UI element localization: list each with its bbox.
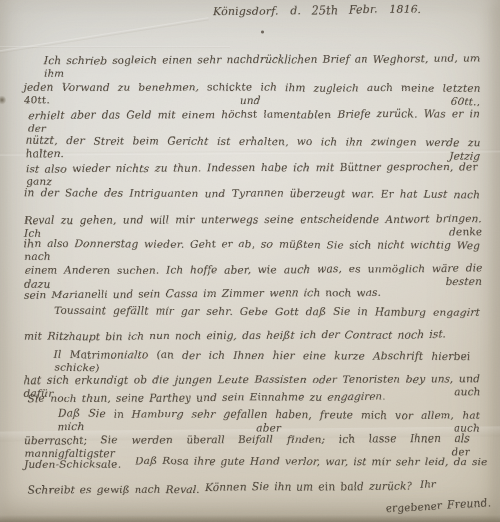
valediction: Ihr: [420, 479, 437, 493]
letter-line: Toussaint gefällt mir gar sehr. Gebe Got…: [54, 305, 480, 319]
letter-line: mit Ritzhaupt bin ich nun noch einig, da…: [24, 329, 446, 344]
letter-line: sein Marianelli und sein Cassa im Zimmer…: [24, 287, 382, 302]
farewell-left: Schreibt es gewiß nach Reval.: [28, 483, 200, 497]
farewell-mid: Können Sie ihn um ein bald zurück?: [205, 480, 412, 494]
letter-line: in der Sache des Intriguanten und Tyrann…: [24, 187, 480, 202]
letter-line: erhielt aber das Geld mit einem höchst l…: [28, 108, 480, 136]
letter-page: Königsdorf. d. 25th Febr. 1816. Ich schr…: [0, 0, 500, 522]
letter-line: jeden Vorwand zu benehmen, schickte ich …: [24, 81, 480, 109]
letter-line: Sie noch thun, seine Parthey und sein Ei…: [28, 391, 386, 406]
letter-line: Daß Sie in Hamburg sehr gefallen haben, …: [58, 408, 480, 436]
letter-line-gap-left: Juden-Schicksale.: [24, 459, 121, 473]
handwriting-layer: Königsdorf. d. 25th Febr. 1816. Ich schr…: [0, 0, 500, 522]
letter-line: ihn also Donnerstag wieder. Geht er ab, …: [24, 238, 480, 266]
ink-dot: [261, 31, 264, 34]
dateline: Königsdorf. d. 25th Febr. 1816.: [213, 3, 421, 18]
letter-line: Reval zu gehen, und will mir unterwegs s…: [24, 213, 482, 241]
letter-line: ist also wieder nichts zu thun. Indessen…: [26, 161, 478, 189]
letter-line: Ich schrieb sogleich einen sehr nachdrüc…: [44, 53, 480, 81]
signature: ergebener Freund.: [386, 497, 491, 515]
letter-line-gap-right: Daß Rosa ihre gute Hand verlor, war, ist…: [135, 455, 487, 469]
letter-line: nützt, der Streit beim Gericht ist erhal…: [26, 135, 480, 163]
